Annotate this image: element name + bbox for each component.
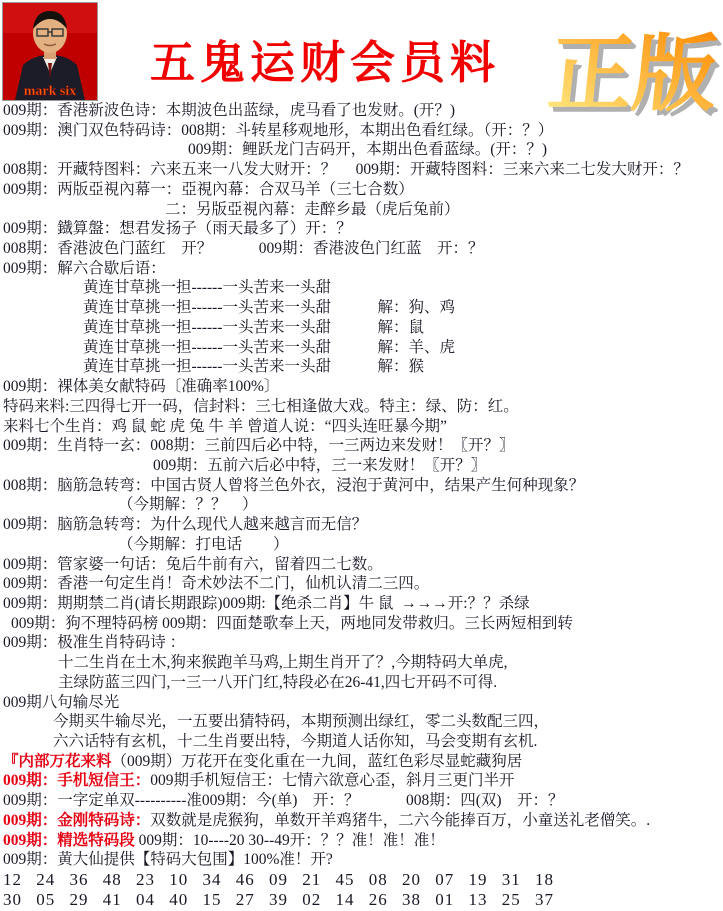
text-line: 009期：一字定单双----------准009期：今(单) 开：？ 008期：… — [3, 791, 723, 811]
text-line: 009期：生肖特一玄：008期：三前四后必中特，一三两边来发财！〖开？〗 — [3, 436, 723, 456]
page-title: 五鬼运财会员料 — [150, 26, 500, 91]
text-line: （今期解：？？ ） — [118, 495, 723, 515]
line-text: 009期八句输尽光 — [3, 694, 119, 711]
line-text: 009期：10----20 30--49开：？？准！准！准！ — [135, 832, 445, 849]
line-text: 009期：期期禁二肖(请长期跟踪)009期:【绝杀二肖】牛 鼠 →→→开:？？杀… — [3, 595, 530, 612]
line-text: 009期：一字定单双----------准009期：今(单) 开：？ 008期：… — [3, 792, 564, 809]
text-line: 黄连甘草挑一担------一头苦来一头甜 解：狗、鸡 — [83, 298, 723, 318]
line-text: 十二生肖在土木,狗来猴跑羊马鸡,上期生肖开了？,今期特码大单虎, — [58, 654, 508, 671]
text-line: 009期：鐡算盤：想君发扬子（雨天最多了）开：？ — [3, 219, 723, 239]
text-line: 009期：手机短信王：009期手机短信王：七情六欲意心歪，斜月三更门半开 — [3, 771, 723, 791]
text-line: 009期：解六合歇后语： — [3, 259, 723, 279]
line-text: 009期：管家婆一句话：兔后牛前有六，留着四二七数。 — [3, 556, 383, 573]
line-text: 009期：香港新波色诗：本期波色出蓝绿，虎马看了也发财。(开？) — [3, 102, 455, 119]
line-text: 今期买牛输尽光，一五要出猜特码，本期预测出绿红，零二头数配三四， — [53, 713, 549, 730]
line-text: 008期：香港波色门蓝红 开？ 009期：香港波色门红蓝 开：？ — [3, 240, 484, 257]
text-line: 009期八句输尽光 — [3, 693, 723, 713]
line-text: 009期：极准生肖特码诗 ： — [3, 634, 185, 651]
text-line: 特码来料:三四得七开一码，信封料：三七相逢做大戏。特主：绿、防：红。 — [3, 397, 723, 417]
text-line: 黄连甘草挑一担------一头苦来一头甜 解：羊、虎 — [83, 338, 723, 358]
text-line: 十二生肖在土木,狗来猴跑羊马鸡,上期生肖开了？,今期特码大单虎, — [58, 653, 723, 673]
content-lines: 009期：香港新波色诗：本期波色出蓝绿，虎马看了也发财。(开？)009期：澳门双… — [3, 101, 723, 909]
line-text: 黄连甘草挑一担------一头苦来一头甜 — [83, 279, 331, 296]
line-text: 12 24 36 48 23 10 34 46 09 21 45 08 20 0… — [3, 870, 554, 889]
text-line: 『内部万花来料（009期）万花开在变化重在一九间，蓝红色彩尽显蛇藏狗居 — [3, 752, 723, 772]
text-line: 009期：期期禁二肖(请长期跟踪)009期:【绝杀二肖】牛 鼠 →→→开:？？杀… — [3, 594, 723, 614]
text-line: 主绿防蓝三四门,一三一八开门红,特段必在26-41,四七开码不可得. — [58, 673, 723, 693]
text-line: 009期：黄大仙提供【特码大包围】100%准！开? — [3, 850, 723, 870]
text-line: 009期：香港新波色诗：本期波色出蓝绿，虎马看了也发财。(开？) — [3, 101, 723, 121]
text-line: 009期：裸体美女献特码〔准确率100%〕 — [3, 377, 723, 397]
line-text: 30 05 29 41 04 40 15 27 39 02 14 26 38 0… — [3, 890, 554, 909]
line-text: 009期：澳门双色特码诗：008期：斗转星移观地形，本期出色看红绿。（开：？） — [3, 122, 553, 139]
portrait-photo-graphic: mark six — [3, 3, 97, 100]
text-line: 黄连甘草挑一担------一头苦来一头甜 解：猴 — [83, 357, 723, 377]
text-line: 来料七个生肖：鸡 鼠 蛇 虎 兔 牛 羊 曾道人说：“四头连旺暴今期” — [3, 417, 723, 437]
text-line: 009期：澳门双色特码诗：008期：斗转星移观地形，本期出色看红绿。（开：？） — [3, 121, 723, 141]
text-line: 008期：脑筋急转弯：中国古贤人曾将兰色外衣，浸泡于黄河中，结果产生何种现象？ — [3, 476, 723, 496]
text-line: （今期解：打电话 ） — [118, 535, 723, 555]
line-text: 009期：黄大仙提供【特码大包围】100%准！开? — [3, 851, 333, 868]
text-line: 009期：香港一句定生肖！奇术妙法不二门，仙机认清二三四。 — [3, 574, 723, 594]
text-line: 黄连甘草挑一担------一头苦来一头甜 解：鼠 — [83, 318, 723, 338]
text-line: 009期：极准生肖特码诗 ： — [3, 633, 723, 653]
line-text: 黄连甘草挑一担------一头苦来一头甜 解：狗、鸡 — [83, 299, 455, 316]
page: mark six 五鬼运财会员料 正版 正版 009期：香港新波色诗：本期波色出… — [0, 0, 723, 911]
text-line: 009期：管家婆一句话：兔后牛前有六，留着四二七数。 — [3, 555, 723, 575]
text-line: 009期：两版亞視內幕一：亞視內幕：合双马羊（三七合数） — [3, 180, 723, 200]
line-text: （009期）万花开在变化重在一九间，蓝红色彩尽显蛇藏狗居 — [112, 753, 523, 770]
line-red-label: 009期：手机短信王： — [3, 772, 150, 789]
line-text: 二：另版亞視內幕：走醉乡最（虎后兔前） — [165, 201, 460, 218]
portrait-photo: mark six — [2, 2, 98, 101]
line-text: 六六话特有玄机，十二生肖要出特，今期道人话你知，马会变期有玄机. — [53, 733, 537, 750]
line-text: 009期：狗不理特码榜 009期：四面楚歌奉上天，两地同发带救归。三长两短相到转 — [11, 615, 573, 632]
line-text: （今期解：？？ ） — [118, 496, 258, 513]
line-text: 黄连甘草挑一担------一头苦来一头甜 解：猴 — [83, 358, 424, 375]
line-text: 009期：五前六后必中特，三一来发财！〖开？〗 — [153, 457, 486, 474]
line-text: 特码来料:三四得七开一码，信封料：三七相逢做大戏。特主：绿、防：红。 — [3, 398, 519, 415]
text-line: 009期：五前六后必中特，三一来发财！〖开？〗 — [153, 456, 723, 476]
text-line: 黄连甘草挑一担------一头苦来一头甜 — [83, 278, 723, 298]
line-text: 来料七个生肖：鸡 鼠 蛇 虎 兔 牛 羊 曾道人说：“四头连旺暴今期” — [3, 418, 447, 435]
line-red-label: 009期：精选特码段 — [3, 832, 135, 849]
number-row: 12 24 36 48 23 10 34 46 09 21 45 08 20 0… — [3, 870, 723, 890]
text-line: 009期：狗不理特码榜 009期：四面楚歌奉上天，两地同发带救归。三长两短相到转 — [11, 614, 723, 634]
number-row: 30 05 29 41 04 40 15 27 39 02 14 26 38 0… — [3, 890, 723, 910]
text-line: 009期：鲤跃龙门吉码开，本期出色看蓝绿。(开：？) — [188, 140, 723, 160]
line-text: 009期：脑筋急转弯：为什么现代人越来越言而无信？ — [3, 516, 367, 533]
line-text: 009期：两版亞視內幕一：亞視內幕：合双马羊（三七合数） — [3, 181, 414, 198]
text-line: 六六话特有玄机，十二生肖要出特，今期道人话你知，马会变期有玄机. — [53, 732, 723, 752]
line-text: 009期：香港一句定生肖！奇术妙法不二门，仙机认清二三四。 — [3, 575, 429, 592]
line-red-label: 009期：金刚特码诗： — [3, 812, 150, 829]
line-text: 黄连甘草挑一担------一头苦来一头甜 解：鼠 — [83, 319, 424, 336]
line-text: 008期：脑筋急转弯：中国古贤人曾将兰色外衣，浸泡于黄河中，结果产生何种现象？ — [3, 477, 584, 494]
line-text: 009期：裸体美女献特码〔准确率100%〕 — [3, 378, 279, 395]
line-text: 009期：鲤跃龙门吉码开，本期出色看蓝绿。(开：？) — [188, 141, 547, 158]
text-line: 二：另版亞視內幕：走醉乡最（虎后兔前） — [165, 200, 723, 220]
text-line: 009期：精选特码段 009期：10----20 30--49开：？？准！准！准… — [3, 831, 723, 851]
photo-caption: mark six — [24, 84, 77, 99]
text-line: 今期买牛输尽光，一五要出猜特码，本期预测出绿红，零二头数配三四， — [53, 712, 723, 732]
line-text: 009期：生肖特一玄：008期：三前四后必中特，一三两边来发财！〖开？〗 — [3, 437, 515, 454]
line-text: 009期：解六合歇后语： — [3, 260, 166, 277]
line-text: 双数就是虎猴狗，单数开羊鸡猪牛，二六今能捧百万，小童送礼老僧笑。. — [150, 812, 650, 829]
line-text: 009期：鐡算盤：想君发扬子（雨天最多了）开：？ — [3, 220, 352, 237]
line-text: 009期手机短信王：七情六欲意心歪，斜月三更门半开 — [150, 772, 514, 789]
line-text: 008期：开藏特图料：六来五来一八发大财开：？ 009期：开藏特图料：三来六来二… — [3, 161, 689, 178]
text-line: 008期：香港波色门蓝红 开？ 009期：香港波色门红蓝 开：？ — [3, 239, 723, 259]
line-text: 黄连甘草挑一担------一头苦来一头甜 解：羊、虎 — [83, 339, 455, 356]
text-line: 009期：金刚特码诗：双数就是虎猴狗，单数开羊鸡猪牛，二六今能捧百万，小童送礼老… — [3, 811, 723, 831]
line-text: （今期解：打电话 ） — [118, 536, 289, 553]
line-text: 主绿防蓝三四门,一三一八开门红,特段必在26-41,四七开码不可得. — [58, 674, 497, 691]
text-line: 008期：开藏特图料：六来五来一八发大财开：？ 009期：开藏特图料：三来六来二… — [3, 160, 723, 180]
text-line: 009期：脑筋急转弯：为什么现代人越来越言而无信？ — [3, 515, 723, 535]
line-red-label: 『内部万花来料 — [3, 753, 112, 770]
